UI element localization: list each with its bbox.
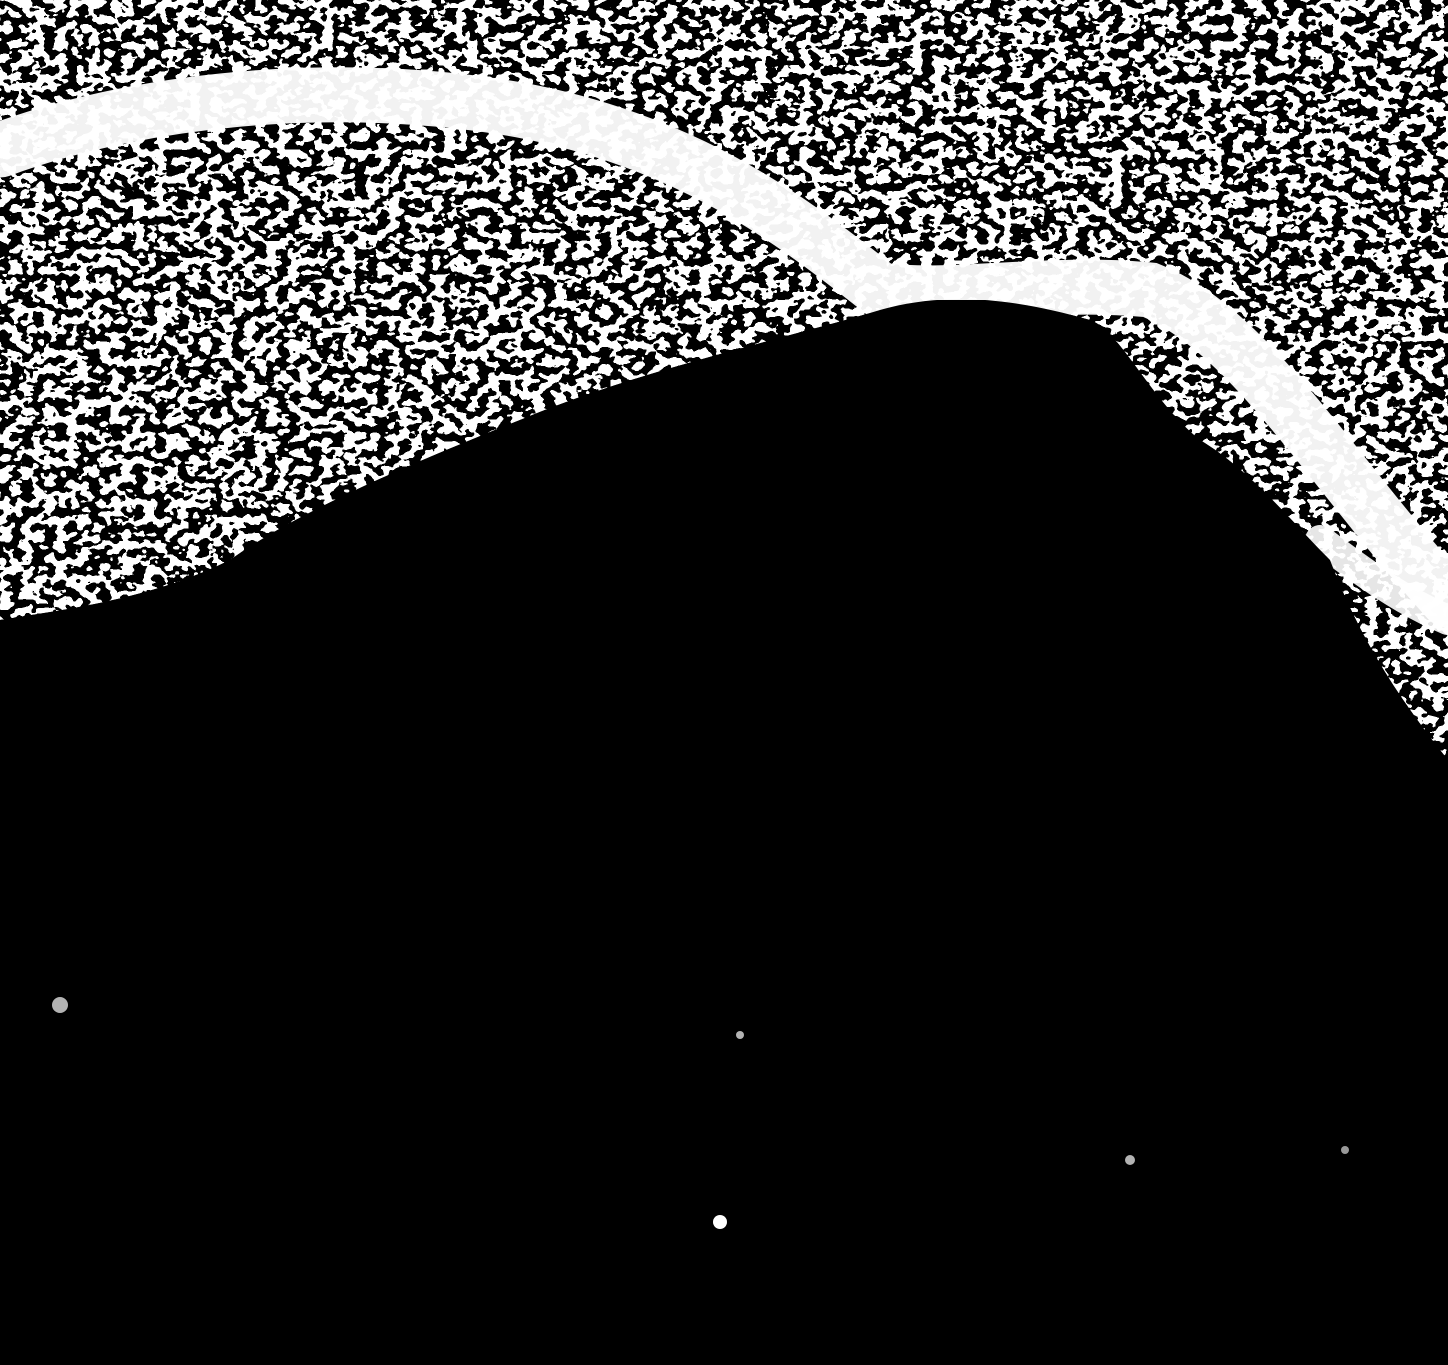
binarized-photo	[0, 0, 1448, 1365]
natural-image	[0, 0, 1448, 1365]
